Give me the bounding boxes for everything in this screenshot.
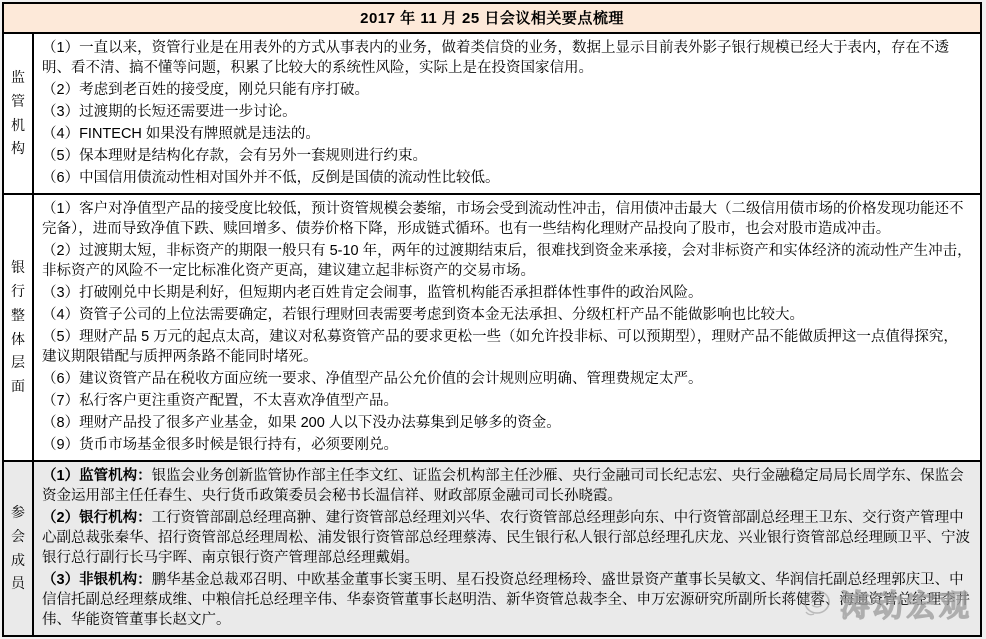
section-banks: 银行整体层面 （1）客户对净值型产品的接受度比较低，预计资管规模会萎缩，市场会受…	[4, 193, 980, 460]
participant-group-names: 鹏华基金总裁邓召明、中欧基金董事长窦玉明、星石投资总经理杨玲、盛世景资产董事长吴…	[42, 572, 970, 628]
participant-group: （2）银行机构：工行资管部副总经理高翀、建行资管部总经理刘兴华、农行资管部总经理…	[42, 507, 972, 569]
section-regulators-label: 监管机构	[4, 34, 34, 193]
note-item: （3）打破刚兑中长期是利好，但短期内老百姓肯定会闹事，监管机构能否承担群体性事件…	[42, 282, 972, 304]
note-item: （8）理财产品投了很多产业基金，如果 200 人以下没办法募集到足够多的资金。	[42, 412, 972, 434]
row-label-text: 监管机构	[11, 66, 26, 161]
note-item: （4）资管子公司的上位法需要确定，若银行理财回表需要考虑到资本金无法承担、分级杠…	[42, 304, 972, 326]
section-banks-content: （1）客户对净值型产品的接受度比较低，预计资管规模会萎缩，市场会受到流动性冲击，…	[34, 195, 980, 460]
participant-group-title: （1）监管机构：	[42, 468, 152, 484]
participant-group-title: （3）非银机构：	[42, 572, 152, 588]
note-item: （5）理财产品 5 万元的起点太高，建议对私募资管产品的要求更松一些（如允许投非…	[42, 326, 972, 368]
note-item: （9）货币市场基金很多时候是银行持有，必须要刚兑。	[42, 434, 972, 456]
row-label-text: 参会成员	[11, 501, 26, 596]
note-item: （5）保本理财是结构化存款，会有另外一套规则进行约束。	[42, 145, 972, 167]
note-item: （6）建议资管产品在税收方面应统一要求、净值型产品公允价值的会计规则应明确、管理…	[42, 368, 972, 390]
note-item: （2）过渡期太短，非标资产的期限一般只有 5-10 年，两年的过渡期结束后，很难…	[42, 240, 972, 282]
section-participants: 参会成员 （1）监管机构：银监会业务创新监管协作部主任李文红、证监会机构部主任沙…	[4, 460, 980, 635]
section-regulators: 监管机构 （1）一直以来，资管行业是在用表外的方式从事表内的业务，做着类信贷的业…	[4, 32, 980, 193]
note-item: （6）中国信用债流动性相对国外并不低，反倒是国债的流动性比较低。	[42, 167, 972, 189]
note-item: （1）客户对净值型产品的接受度比较低，预计资管规模会萎缩，市场会受到流动性冲击，…	[42, 198, 972, 240]
note-item: （4）FINTECH 如果没有牌照就是违法的。	[42, 123, 972, 145]
section-banks-label: 银行整体层面	[4, 195, 34, 460]
participant-group-names: 工行资管部副总经理高翀、建行资管部总经理刘兴华、农行资管部总经理彭向东、中行资管…	[42, 510, 970, 566]
section-regulators-content: （1）一直以来，资管行业是在用表外的方式从事表内的业务，做着类信贷的业务，数据上…	[34, 34, 980, 193]
note-item: （2）考虑到老百姓的接受度，刚兑只能有序打破。	[42, 79, 972, 101]
page: 2017 年 11 月 25 日会议相关要点梳理 监管机构 （1）一直以来，资管…	[0, 0, 986, 639]
note-item: （1）一直以来，资管行业是在用表外的方式从事表内的业务，做着类信贷的业务，数据上…	[42, 37, 972, 79]
row-label-text: 银行整体层面	[11, 256, 26, 399]
meeting-notes-table: 2017 年 11 月 25 日会议相关要点梳理 监管机构 （1）一直以来，资管…	[2, 2, 982, 637]
participant-group: （3）非银机构：鹏华基金总裁邓召明、中欧基金董事长窦玉明、星石投资总经理杨玲、盛…	[42, 569, 972, 631]
table-title: 2017 年 11 月 25 日会议相关要点梳理	[4, 4, 980, 32]
participant-group: （1）监管机构：银监会业务创新监管协作部主任李文红、证监会机构部主任沙雁、央行金…	[42, 465, 972, 507]
section-participants-content: （1）监管机构：银监会业务创新监管协作部主任李文红、证监会机构部主任沙雁、央行金…	[34, 462, 980, 635]
note-item: （7）私行客户更注重资产配置，不太喜欢净值型产品。	[42, 390, 972, 412]
note-item: （3）过渡期的长短还需要进一步讨论。	[42, 101, 972, 123]
participant-group-names: 银监会业务创新监管协作部主任李文红、证监会机构部主任沙雁、央行金融司司长纪志宏、…	[42, 468, 964, 504]
participant-group-title: （2）银行机构：	[42, 510, 152, 526]
section-participants-label: 参会成员	[4, 462, 34, 635]
